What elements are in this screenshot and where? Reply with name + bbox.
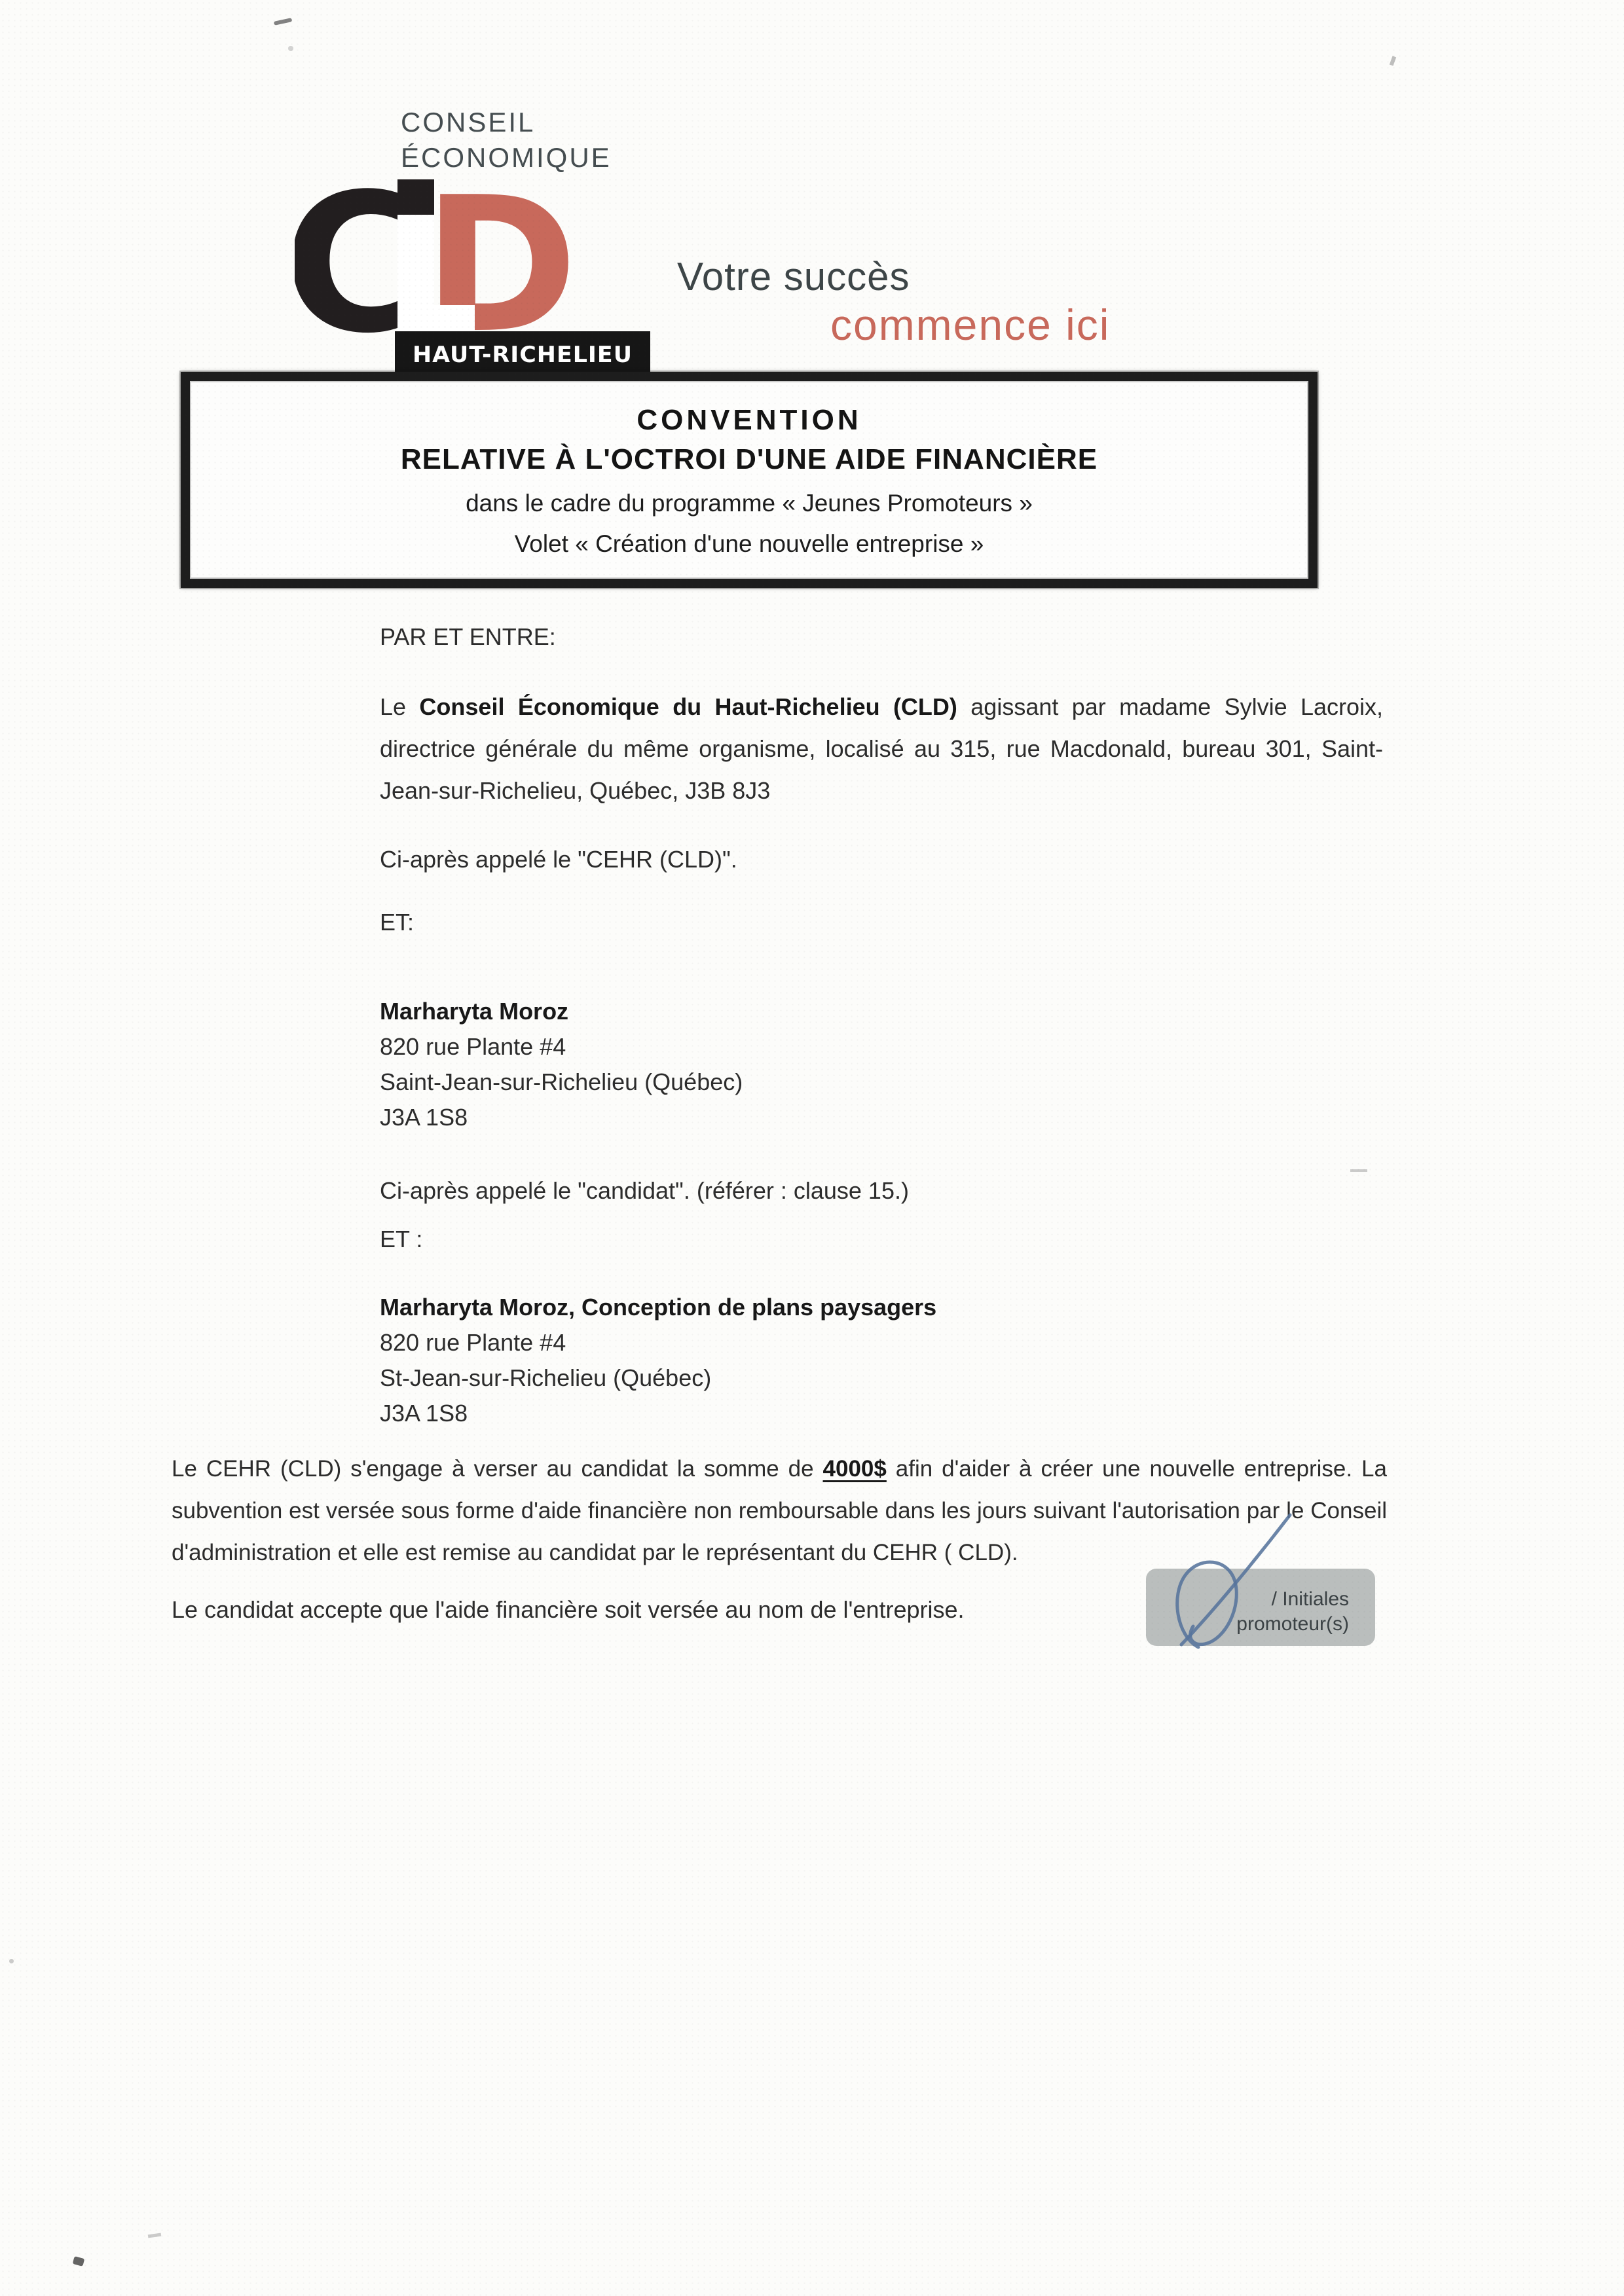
title-line1: CONVENTION — [190, 401, 1308, 440]
org-name-line1: CONSEIL — [401, 105, 612, 140]
scan-artifact — [9, 1959, 14, 1963]
party1-name: Conseil Économique du Haut-Richelieu (CL… — [419, 693, 957, 720]
cld-logo: C D HAUT-RICHELIEU — [295, 178, 661, 381]
party2-address-block: Marharyta Moroz 820 rue Plante #4 Saint-… — [380, 994, 743, 1135]
logo-letter-l-cap — [397, 179, 434, 215]
party2-postal: J3A 1S8 — [380, 1100, 743, 1135]
promoter-initials-signature — [1160, 1511, 1311, 1652]
org-name-line2: ÉCONOMIQUE — [401, 140, 612, 175]
scanned-document-page: CONSEIL ÉCONOMIQUE C D HAUT-RICHELIEU Vo… — [0, 0, 1624, 2296]
opening-clause: PAR ET ENTRE: — [380, 619, 556, 655]
party2-alias: Ci-après appelé le "candidat". (référer … — [380, 1173, 909, 1209]
title-line3: dans le cadre du programme « Jeunes Prom… — [190, 483, 1308, 524]
party2-name: Marharyta Moroz — [380, 994, 743, 1029]
scan-artifact — [148, 2233, 162, 2238]
tagline-line1: Votre succès — [677, 254, 910, 299]
org-name: CONSEIL ÉCONOMIQUE — [401, 105, 612, 175]
title-line4: Volet « Création d'une nouvelle entrepri… — [190, 524, 1308, 564]
scan-artifact — [1390, 56, 1396, 65]
title-box: CONVENTION RELATIVE À L'OCTROI D'UNE AID… — [181, 372, 1318, 588]
party2-address1: 820 rue Plante #4 — [380, 1029, 743, 1065]
scan-artifact — [1350, 1169, 1367, 1172]
party3-address1: 820 rue Plante #4 — [380, 1325, 936, 1360]
party1-paragraph: Le Conseil Économique du Haut-Richelieu … — [380, 686, 1383, 812]
party2-address2: Saint-Jean-sur-Richelieu (Québec) — [380, 1065, 743, 1100]
party1-alias: Ci-après appelé le "CEHR (CLD)". — [380, 842, 737, 877]
signature-loop-stroke — [1177, 1562, 1237, 1647]
logo-letter-l-foot — [397, 305, 475, 331]
logo-banner-text: HAUT-RICHELIEU — [413, 342, 633, 368]
party3-name: Marharyta Moroz, Conception de plans pay… — [380, 1290, 936, 1325]
scan-artifact — [288, 46, 293, 51]
grant-amount: 4000$ — [823, 1456, 887, 1482]
logo-letter-l-stem — [397, 215, 434, 306]
party3-address-block: Marharyta Moroz, Conception de plans pay… — [380, 1290, 936, 1431]
title-line2: RELATIVE À L'OCTROI D'UNE AIDE FINANCIÈR… — [190, 440, 1308, 479]
acceptance-paragraph: Le candidat accepte que l'aide financièr… — [172, 1592, 965, 1628]
scan-artifact — [73, 2256, 85, 2267]
party1-pre: Le — [380, 693, 419, 720]
party3-postal: J3A 1S8 — [380, 1396, 936, 1431]
scan-artifact — [274, 18, 293, 26]
party3-address2: St-Jean-sur-Richelieu (Québec) — [380, 1360, 936, 1396]
tagline-line2: commence ici — [830, 300, 1110, 350]
conjunction-et-2: ET : — [380, 1222, 422, 1257]
grant-pre: Le CEHR (CLD) s'engage à verser au candi… — [172, 1456, 823, 1482]
conjunction-et-1: ET: — [380, 905, 414, 940]
